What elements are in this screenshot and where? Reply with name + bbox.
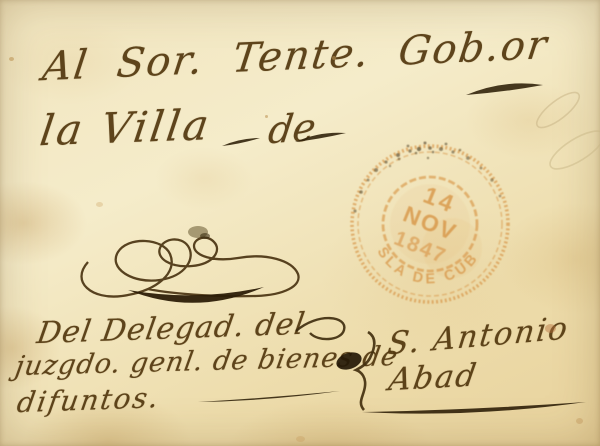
letter-cover: Al Sor. Tente. Gob.or la Villa de Del De… bbox=[0, 0, 600, 446]
flourish-dash-1 bbox=[466, 83, 543, 95]
flourish-dash-4 bbox=[198, 391, 340, 402]
flourish-dash-3 bbox=[295, 133, 346, 142]
rubric-flourish bbox=[82, 226, 299, 303]
ink-and-stamp-overlay: 14 NOV 1847 ISLA DE CUBA bbox=[0, 0, 600, 446]
docket-loop-flourish bbox=[296, 318, 344, 339]
ghost-loops bbox=[532, 87, 600, 176]
flourish-dash-2 bbox=[222, 138, 260, 146]
curly-brace bbox=[356, 332, 374, 410]
underline-flourish bbox=[362, 402, 586, 414]
